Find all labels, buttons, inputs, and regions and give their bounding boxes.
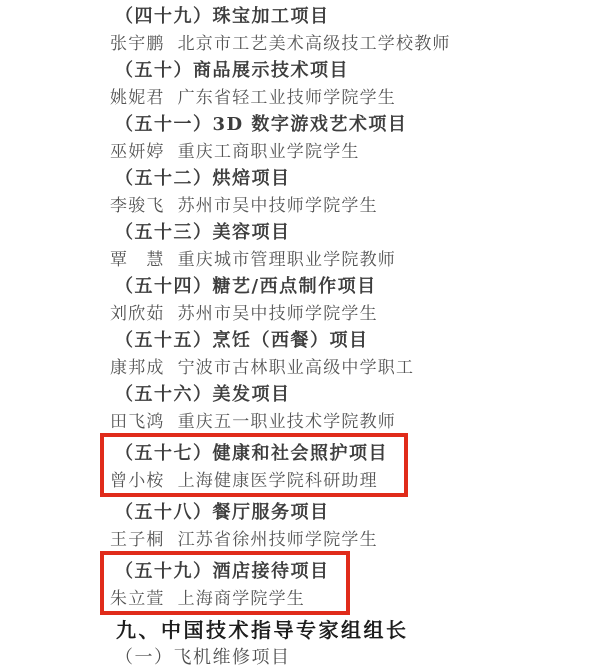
project-heading: （五十三）美容项目 xyxy=(110,217,599,244)
project-heading: （五十五）烹饪（西餐）项目 xyxy=(110,325,599,352)
person-entry: 朱立萱 上海商学院学生 xyxy=(110,583,330,610)
person-affiliation: 上海健康医学院科研助理 xyxy=(178,466,378,491)
project-heading: （五十七）健康和社会照护项目 xyxy=(110,438,388,465)
person-name: 李骏飞 xyxy=(110,191,165,216)
person-affiliation: 苏州市吴中技师学院学生 xyxy=(178,191,378,216)
person-affiliation: 重庆城市管理职业学院教师 xyxy=(178,245,396,270)
person-affiliation: 宁波市古林职业高级中学职工 xyxy=(178,353,415,378)
project-heading: （四十九）珠宝加工项目 xyxy=(110,1,599,28)
section-heading: 九、中国技术指导专家组组长 xyxy=(110,615,599,642)
person-name: 朱立萱 xyxy=(110,584,165,609)
person-name: 覃 慧 xyxy=(110,245,165,270)
person-affiliation: 北京市工艺美术高级技工学校教师 xyxy=(178,29,451,54)
person-entry: 刘欣茹 苏州市吴中技师学院学生 xyxy=(110,298,599,325)
person-name: 刘欣茹 xyxy=(110,299,165,324)
person-name: 曾小桉 xyxy=(110,466,165,491)
person-entry: 张宇鹏 北京市工艺美术高级技工学校教师 xyxy=(110,28,599,55)
highlight-box-health-social-care: （五十七）健康和社会照护项目 曾小桉 上海健康医学院科研助理 xyxy=(100,433,408,497)
project-heading: （五十四）糖艺/西点制作项目 xyxy=(110,271,599,298)
project-heading: （五十二）烘焙项目 xyxy=(110,163,599,190)
person-affiliation: 江苏省徐州技师学院学生 xyxy=(178,525,378,550)
person-name: 康邦成 xyxy=(110,353,165,378)
person-entry: 曾小桉 上海健康医学院科研助理 xyxy=(110,465,388,492)
document-page: （四十九）珠宝加工项目 张宇鹏 北京市工艺美术高级技工学校教师 （五十）商品展示… xyxy=(0,0,599,670)
project-heading: （五十）商品展示技术项目 xyxy=(110,55,599,82)
project-heading: （五十六）美发项目 xyxy=(110,379,599,406)
project-heading: （五十八）餐厅服务项目 xyxy=(110,497,599,524)
person-entry: 李骏飞 苏州市吴中技师学院学生 xyxy=(110,190,599,217)
person-entry: 康邦成 宁波市古林职业高级中学职工 xyxy=(110,352,599,379)
person-name: 田飞鸿 xyxy=(110,407,165,432)
project-heading: （五十一）3D 数字游戏艺术项目 xyxy=(110,109,599,136)
person-name: 巫妍婷 xyxy=(110,137,165,162)
person-affiliation: 重庆工商职业学院学生 xyxy=(178,137,360,162)
person-affiliation: 重庆五一职业技术学院教师 xyxy=(178,407,396,432)
person-entry: 姚妮君 广东省轻工业技师学院学生 xyxy=(110,82,599,109)
project-heading: （一）飞机维修项目 xyxy=(110,642,599,669)
person-name: 王子桐 xyxy=(110,525,165,550)
person-entry: 巫妍婷 重庆工商职业学院学生 xyxy=(110,136,599,163)
person-entry: 王子桐 江苏省徐州技师学院学生 xyxy=(110,524,599,551)
person-name: 姚妮君 xyxy=(110,83,165,108)
person-affiliation: 苏州市吴中技师学院学生 xyxy=(178,299,378,324)
person-affiliation: 上海商学院学生 xyxy=(178,584,305,609)
person-entry: 覃 慧 重庆城市管理职业学院教师 xyxy=(110,244,599,271)
document-content: （四十九）珠宝加工项目 张宇鹏 北京市工艺美术高级技工学校教师 （五十）商品展示… xyxy=(0,1,599,669)
project-heading: （五十九）酒店接待项目 xyxy=(110,556,330,583)
person-entry: 田飞鸿 重庆五一职业技术学院教师 xyxy=(110,406,599,433)
person-affiliation: 广东省轻工业技师学院学生 xyxy=(178,83,396,108)
person-name: 张宇鹏 xyxy=(110,29,165,54)
highlight-box-hotel-reception: （五十九）酒店接待项目 朱立萱 上海商学院学生 xyxy=(100,551,350,615)
